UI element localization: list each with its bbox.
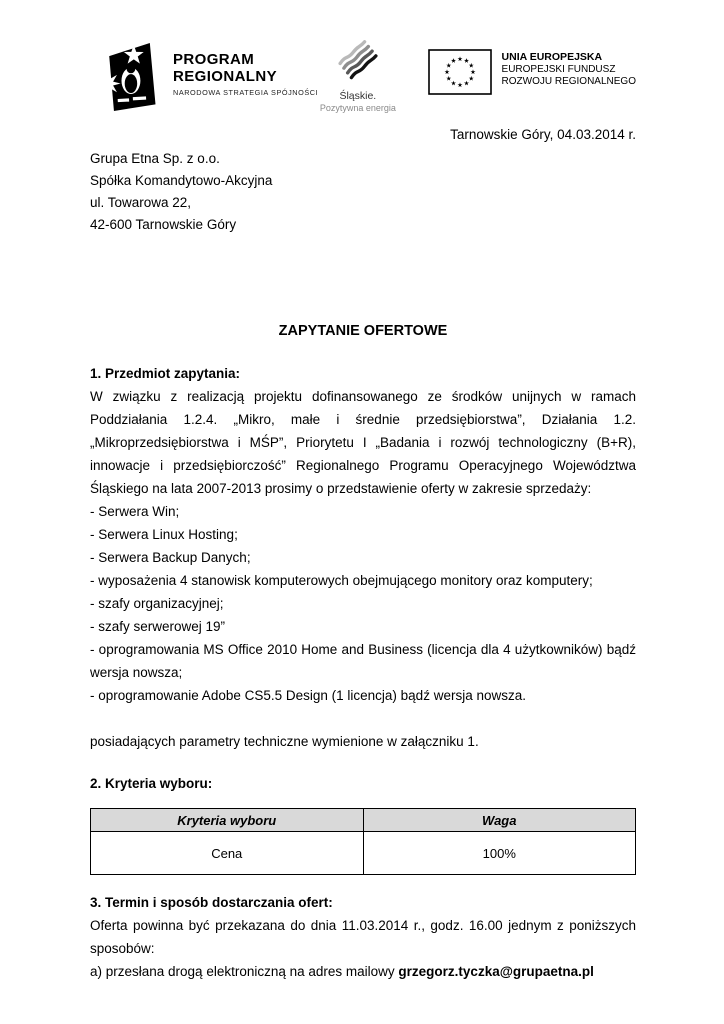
list-item: - oprogramowania MS Office 2010 Home and… bbox=[90, 638, 636, 684]
list-item: - szafy organizacyjnej; bbox=[90, 592, 636, 615]
eu-line3: ROZWOJU REGIONALNEGO bbox=[502, 76, 636, 89]
sender-line-1: Grupa Etna Sp. z o.o. bbox=[90, 148, 636, 170]
slaskie-name: Śląskie. bbox=[339, 90, 376, 102]
section1-heading: 1. Przedmiot zapytania: bbox=[90, 362, 636, 385]
criteria-table-header-row: Kryteria wyboru Waga bbox=[91, 809, 636, 832]
section2-heading: 2. Kryteria wyboru: bbox=[90, 772, 636, 795]
list-item: - Serwera Linux Hosting; bbox=[90, 523, 636, 546]
section1-closing: posiadających parametry techniczne wymie… bbox=[90, 730, 636, 753]
criteria-cell-weight: 100% bbox=[363, 832, 636, 875]
list-item: - oprogramowanie Adobe CS5.5 Design (1 l… bbox=[90, 684, 636, 707]
list-item: - Serwera Backup Danych; bbox=[90, 546, 636, 569]
criteria-table: Kryteria wyboru Waga Cena 100% bbox=[90, 808, 636, 875]
eu-flag-icon bbox=[428, 49, 492, 98]
eu-line2: EUROPEJSKI FUNDUSZ bbox=[502, 64, 636, 77]
eu-logo-text: UNIA EUROPEJSKA EUROPEJSKI FUNDUSZ ROZWO… bbox=[502, 38, 636, 89]
sender-line-2: Spółka Komandytowo-Akcyjna bbox=[90, 170, 636, 192]
criteria-cell-name: Cena bbox=[91, 832, 364, 875]
eu-logo: UNIA EUROPEJSKA EUROPEJSKI FUNDUSZ ROZWO… bbox=[428, 38, 636, 98]
program-regionalny-subtitle: NARODOWA STRATEGIA SPÓJNOŚCI bbox=[173, 88, 318, 97]
section1-item-list: - Serwera Win; - Serwera Linux Hosting; … bbox=[90, 500, 636, 707]
program-regionalny-logo: PROGRAM REGIONALNY NARODOWA STRATEGIA SP… bbox=[96, 38, 318, 117]
program-regionalny-line2: REGIONALNY bbox=[173, 68, 318, 85]
program-regionalny-text: PROGRAM REGIONALNY NARODOWA STRATEGIA SP… bbox=[173, 38, 318, 97]
section3-paragraph: Oferta powinna być przekazana do dnia 11… bbox=[90, 914, 636, 960]
sender-line-3: ul. Towarowa 22, bbox=[90, 192, 636, 214]
slaskie-logo: Śląskie. Pozytywna energia bbox=[320, 38, 396, 113]
list-item: - wyposażenia 4 stanowisk komputerowych … bbox=[90, 569, 636, 592]
waves-icon bbox=[335, 39, 381, 89]
document-page: PROGRAM REGIONALNY NARODOWA STRATEGIA SP… bbox=[0, 0, 724, 1024]
eu-line1: UNIA EUROPEJSKA bbox=[502, 51, 636, 64]
list-item: - Serwera Win; bbox=[90, 500, 636, 523]
date-line: Tarnowskie Góry, 04.03.2014 r. bbox=[90, 124, 636, 146]
criteria-table-header-kryteria: Kryteria wyboru bbox=[91, 809, 364, 832]
criteria-table-header-waga: Waga bbox=[363, 809, 636, 832]
document-title: ZAPYTANIE OFERTOWE bbox=[90, 320, 636, 343]
section1-intro: W związku z realizacją projektu dofinans… bbox=[90, 385, 636, 500]
sender-address: Grupa Etna Sp. z o.o. Spółka Komandytowo… bbox=[90, 148, 636, 236]
slaskie-tagline: Pozytywna energia bbox=[320, 103, 396, 113]
table-row: Cena 100% bbox=[91, 832, 636, 875]
header-logos: PROGRAM REGIONALNY NARODOWA STRATEGIA SP… bbox=[90, 38, 636, 114]
section3-heading: 3. Termin i sposób dostarczania ofert: bbox=[90, 891, 636, 914]
program-regionalny-line1: PROGRAM bbox=[173, 51, 318, 68]
nss-flag-icon bbox=[96, 38, 164, 117]
section3-item-a-text: a) przesłana drogą elektroniczną na adre… bbox=[90, 964, 398, 979]
sender-line-4: 42-600 Tarnowskie Góry bbox=[90, 214, 636, 236]
section3-item-a: a) przesłana drogą elektroniczną na adre… bbox=[90, 960, 636, 983]
section3-item-a-email: grzegorz.tyczka@grupaetna.pl bbox=[398, 964, 593, 979]
list-item: - szafy serwerowej 19” bbox=[90, 615, 636, 638]
